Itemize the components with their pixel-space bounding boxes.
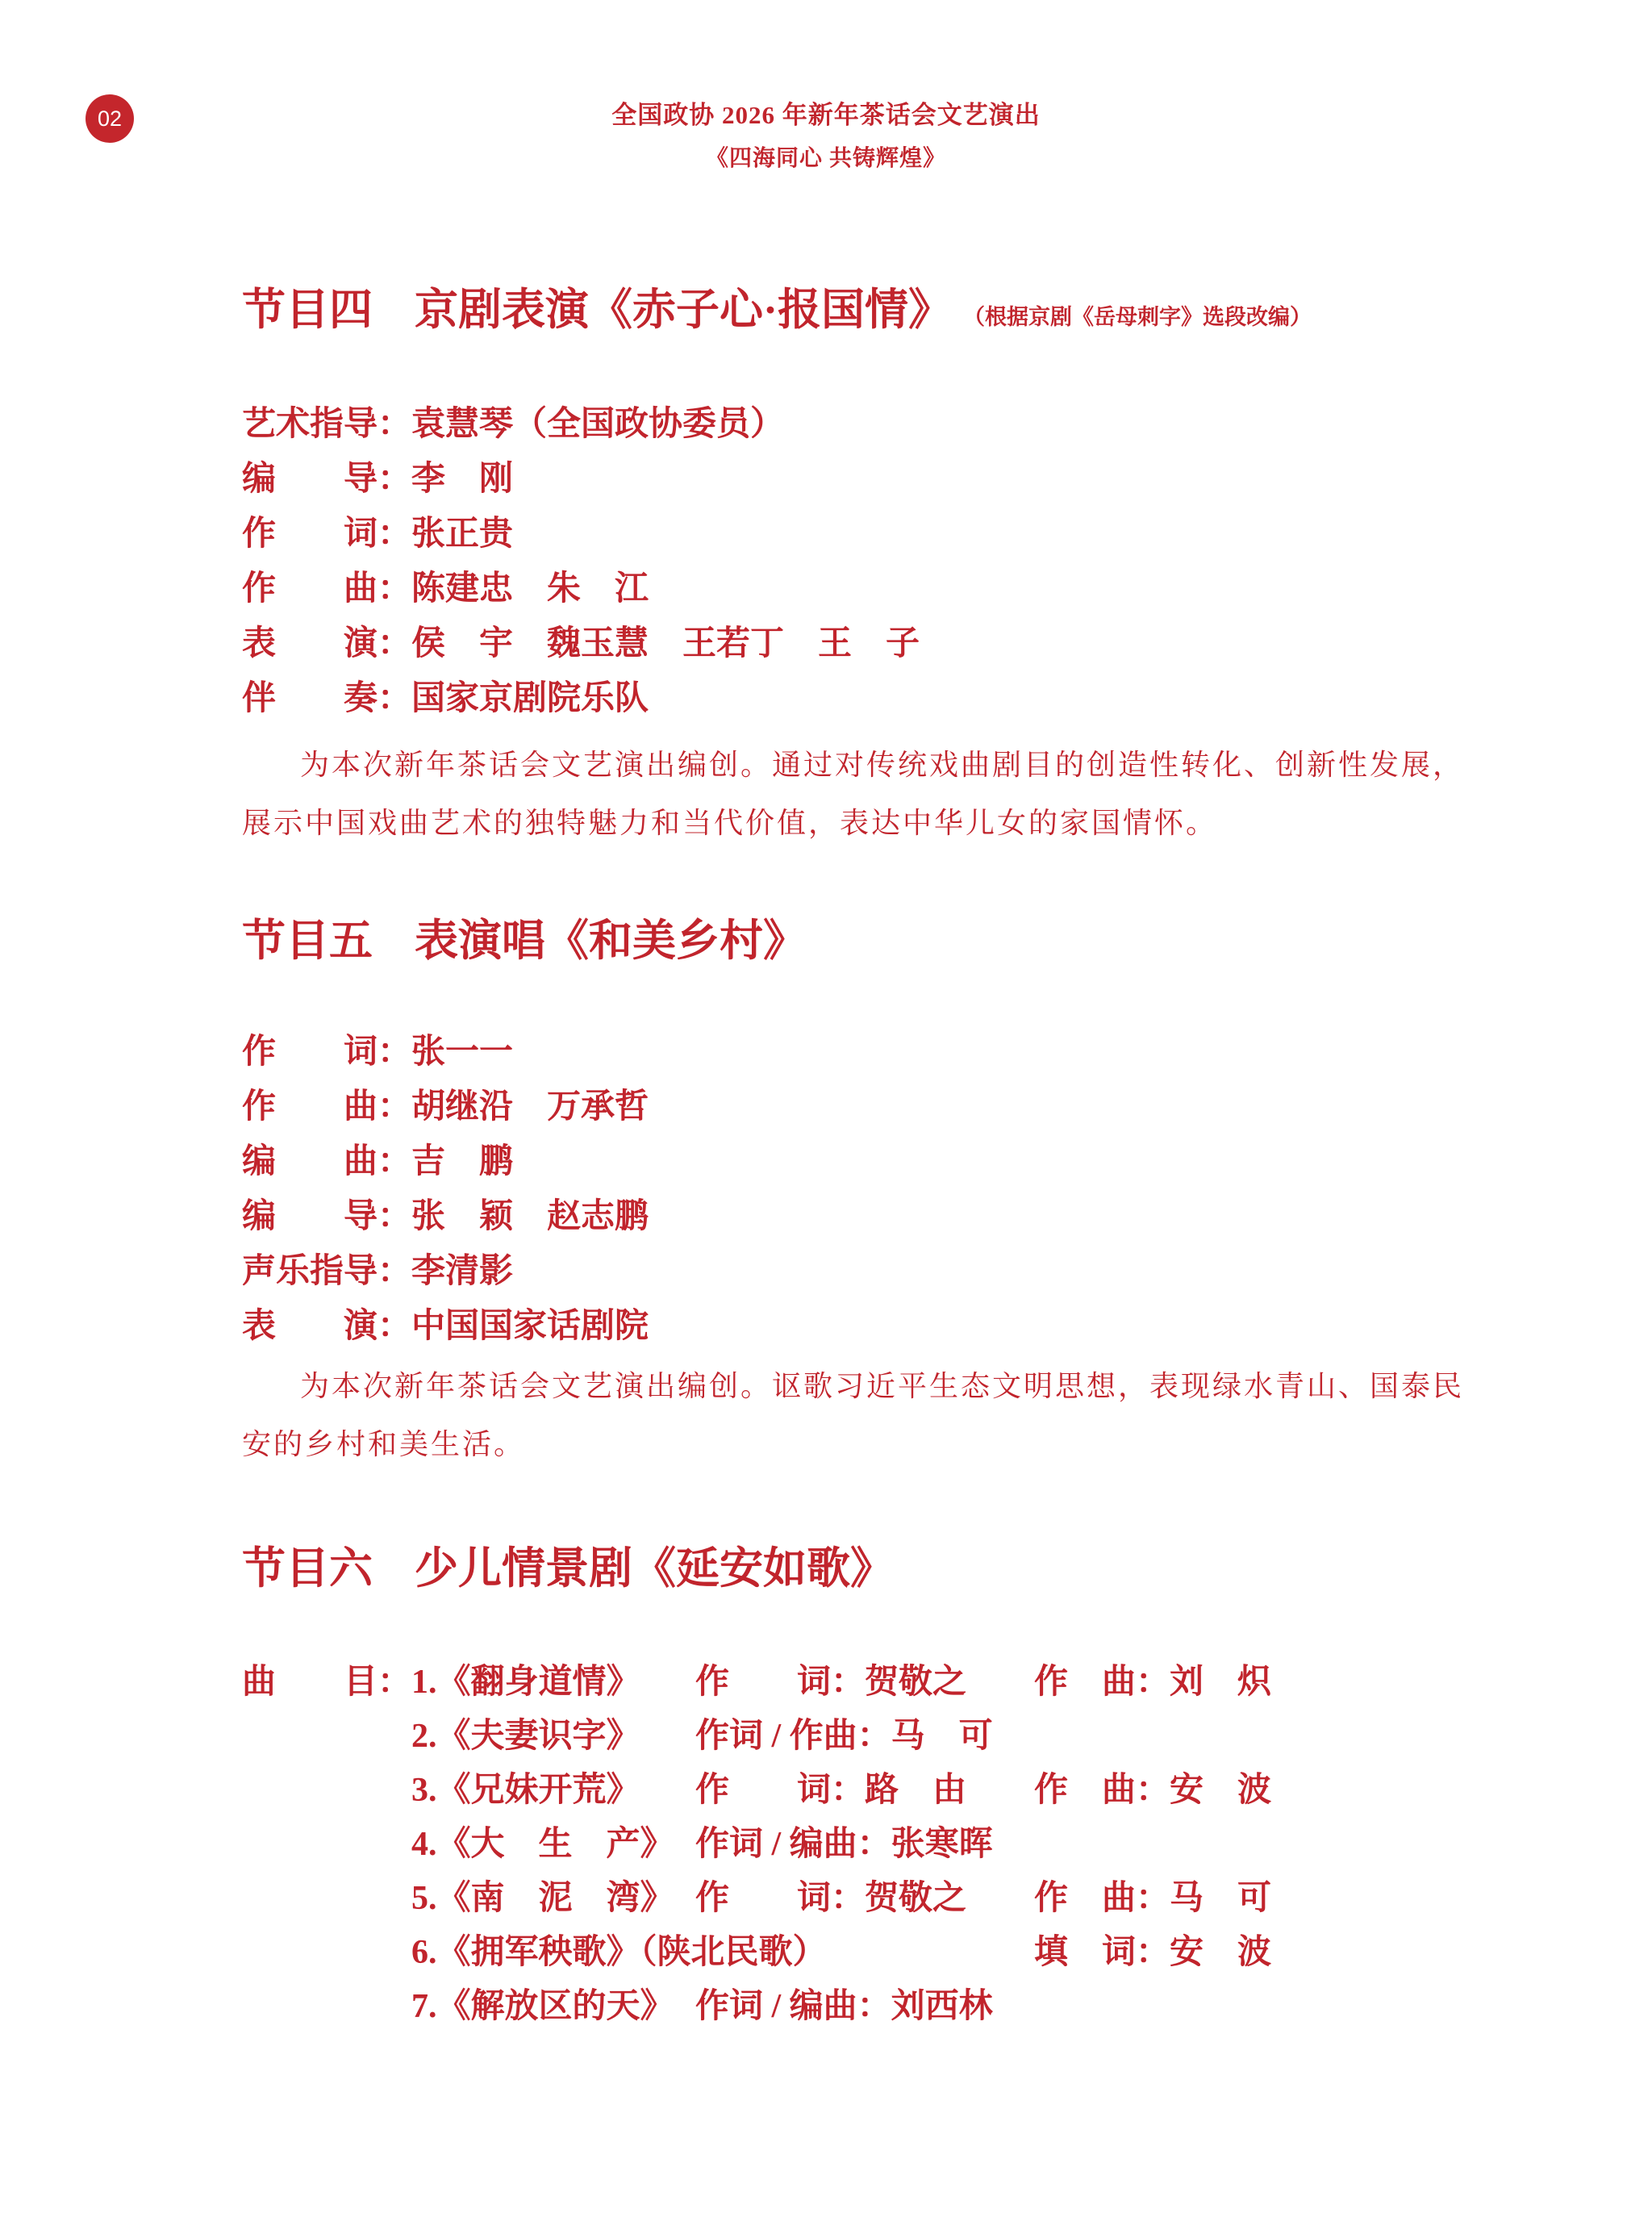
program-6-name: 少儿情景剧《延安如歌》 (415, 1543, 894, 1594)
song-row: 1.《翻身道情》作 词：贺敬之作 曲：刘 炽 (411, 1656, 1271, 1710)
credit-value: 陈建忠 朱 江 (411, 570, 649, 608)
credit-label: 声乐指导： (242, 1244, 411, 1299)
credit-value: 国家京剧院乐队 (411, 680, 649, 717)
song-credit-1: 作词 / 作曲：马 可 (695, 1710, 1034, 1764)
song-row: 3.《兄妹开荒》作 词：路 由作 曲：安 波 (411, 1764, 1271, 1818)
song-row: 7.《解放区的天》作词 / 编曲：刘西林 (411, 1980, 1271, 2034)
credit-row: 表 演：侯 宇 魏玉慧 王若丁 王 子 (242, 616, 920, 671)
credit-row: 编 导：李 刚 (242, 452, 920, 507)
credit-value: 侯 宇 魏玉慧 王若丁 王 子 (411, 625, 920, 662)
song-credit-2 (1034, 1818, 1271, 1872)
credit-row: 作 词：张一一 (242, 1025, 649, 1080)
credit-value: 中国国家话剧院 (411, 1308, 649, 1345)
songlist-rows: 1.《翻身道情》作 词：贺敬之作 曲：刘 炽 2.《夫妻识字》作词 / 作曲：马… (411, 1656, 1271, 2034)
song-title: 1.《翻身道情》 (411, 1656, 695, 1710)
credit-label: 作 曲： (242, 562, 411, 616)
song-credit-1: 作 词：贺敬之 (695, 1656, 1034, 1710)
credit-value: 张正贵 (411, 516, 513, 553)
program-4-number: 节目四 (242, 284, 373, 336)
credit-label: 编 曲： (242, 1134, 411, 1189)
event-title: 全国政协 2026 年新年茶话会文艺演出 (0, 98, 1652, 132)
credit-label: 表 演： (242, 616, 411, 671)
credit-label: 艺术指导： (242, 397, 411, 452)
song-credit-2: 作 曲：刘 炽 (1034, 1656, 1271, 1710)
songlist-label: 曲 目： (242, 1656, 411, 1710)
credit-value: 李清影 (411, 1253, 513, 1290)
description-line: 为本次新年茶话会文艺演出编创。通过对传统戏曲剧目的创造性转化、创新性发展， (242, 736, 1468, 794)
song-title: 4.《大 生 产》 (411, 1818, 695, 1872)
program-5-number: 节目五 (242, 915, 373, 967)
song-row: 6.《拥军秧歌》（陕北民歌）填 词：安 波 (411, 1926, 1271, 1980)
description-line: 安的乡村和美生活。 (242, 1415, 1468, 1473)
credit-row: 声乐指导：李清影 (242, 1244, 649, 1299)
song-credit-1: 作 词：贺敬之 (695, 1872, 1034, 1926)
song-credit-2: 作 曲：安 波 (1034, 1764, 1271, 1818)
document-header: 全国政协 2026 年新年茶话会文艺演出 《四海同心 共铸辉煌》 (0, 98, 1652, 174)
credit-label: 伴 奏： (242, 671, 411, 726)
credit-row: 编 导：张 颖 赵志鹏 (242, 1189, 649, 1244)
song-row: 5.《南 泥 湾》作 词：贺敬之作 曲：马 可 (411, 1872, 1271, 1926)
song-credit-1: 作 词：路 由 (695, 1764, 1034, 1818)
song-credit-2 (1034, 1710, 1271, 1764)
program-4-description: 为本次新年茶话会文艺演出编创。通过对传统戏曲剧目的创造性转化、创新性发展， 展示… (242, 736, 1468, 852)
credit-row: 表 演：中国国家话剧院 (242, 1299, 649, 1354)
song-credit-2 (1034, 1980, 1271, 2034)
program-5-credits: 作 词：张一一 作 曲：胡继沿 万承哲 编 曲：吉 鹏 编 导：张 颖 赵志鹏 … (242, 1025, 649, 1354)
credit-label: 编 导： (242, 1189, 411, 1244)
credit-label: 作 词： (242, 1025, 411, 1080)
song-credit-2: 作 曲：马 可 (1034, 1872, 1271, 1926)
credit-row: 艺术指导：袁慧琴（全国政协委员） (242, 397, 920, 452)
program-4-credits: 艺术指导：袁慧琴（全国政协委员） 编 导：李 刚 作 词：张正贵 作 曲：陈建忠… (242, 397, 920, 726)
credit-row: 伴 奏：国家京剧院乐队 (242, 671, 920, 726)
credit-value: 张一一 (411, 1034, 513, 1071)
credit-value: 袁慧琴（全国政协委员） (411, 406, 784, 443)
credit-row: 作 曲：陈建忠 朱 江 (242, 562, 920, 616)
song-title: 2.《夫妻识字》 (411, 1710, 695, 1764)
program-6-number: 节目六 (242, 1543, 373, 1594)
program-6-heading: 节目六 少儿情景剧《延安如歌》 (242, 1543, 894, 1594)
program-4-heading: 节目四 京剧表演《赤子心·报国情》 （根据京剧《岳母刺字》选段改编） (242, 284, 1312, 343)
document-page: 02 全国政协 2026 年新年茶话会文艺演出 《四海同心 共铸辉煌》 节目四 … (0, 0, 1652, 2226)
credit-row: 编 曲：吉 鹏 (242, 1134, 649, 1189)
song-credit-1: 作词 / 编曲：张寒晖 (695, 1818, 1034, 1872)
program-5-name: 表演唱《和美乡村》 (415, 915, 807, 967)
song-row: 2.《夫妻识字》作词 / 作曲：马 可 (411, 1710, 1271, 1764)
credit-row: 作 曲：胡继沿 万承哲 (242, 1080, 649, 1134)
program-4-name: 京剧表演《赤子心·报国情》 (415, 284, 952, 336)
credit-value: 张 颖 赵志鹏 (411, 1198, 649, 1235)
credit-label: 编 导： (242, 452, 411, 507)
credit-label: 表 演： (242, 1299, 411, 1354)
credit-label: 作 曲： (242, 1080, 411, 1134)
credit-value: 吉 鹏 (411, 1143, 513, 1180)
program-4-note: （根据京剧《岳母刺字》选段改编） (963, 291, 1312, 343)
program-6-songlist: 曲 目： 1.《翻身道情》作 词：贺敬之作 曲：刘 炽 2.《夫妻识字》作词 /… (242, 1656, 1271, 2034)
program-5-description: 为本次新年茶话会文艺演出编创。讴歌习近平生态文明思想，表现绿水青山、国泰民 安的… (242, 1357, 1468, 1473)
credit-value: 胡继沿 万承哲 (411, 1088, 649, 1126)
song-credit-2: 填 词：安 波 (1034, 1926, 1271, 1980)
credit-row: 作 词：张正贵 (242, 507, 920, 562)
credit-value: 李 刚 (411, 461, 513, 498)
program-5-heading: 节目五 表演唱《和美乡村》 (242, 915, 807, 967)
event-subtitle: 《四海同心 共铸辉煌》 (0, 144, 1652, 174)
song-title: 5.《南 泥 湾》 (411, 1872, 695, 1926)
song-title: 3.《兄妹开荒》 (411, 1764, 695, 1818)
song-title: 6.《拥军秧歌》（陕北民歌） (411, 1926, 1034, 1980)
song-credit-1: 作词 / 编曲：刘西林 (695, 1980, 1034, 2034)
description-line: 为本次新年茶话会文艺演出编创。讴歌习近平生态文明思想，表现绿水青山、国泰民 (242, 1357, 1468, 1415)
credit-label: 作 词： (242, 507, 411, 562)
song-title: 7.《解放区的天》 (411, 1980, 695, 2034)
song-row: 4.《大 生 产》作词 / 编曲：张寒晖 (411, 1818, 1271, 1872)
description-line: 展示中国戏曲艺术的独特魅力和当代价值，表达中华儿女的家国情怀。 (242, 794, 1468, 852)
